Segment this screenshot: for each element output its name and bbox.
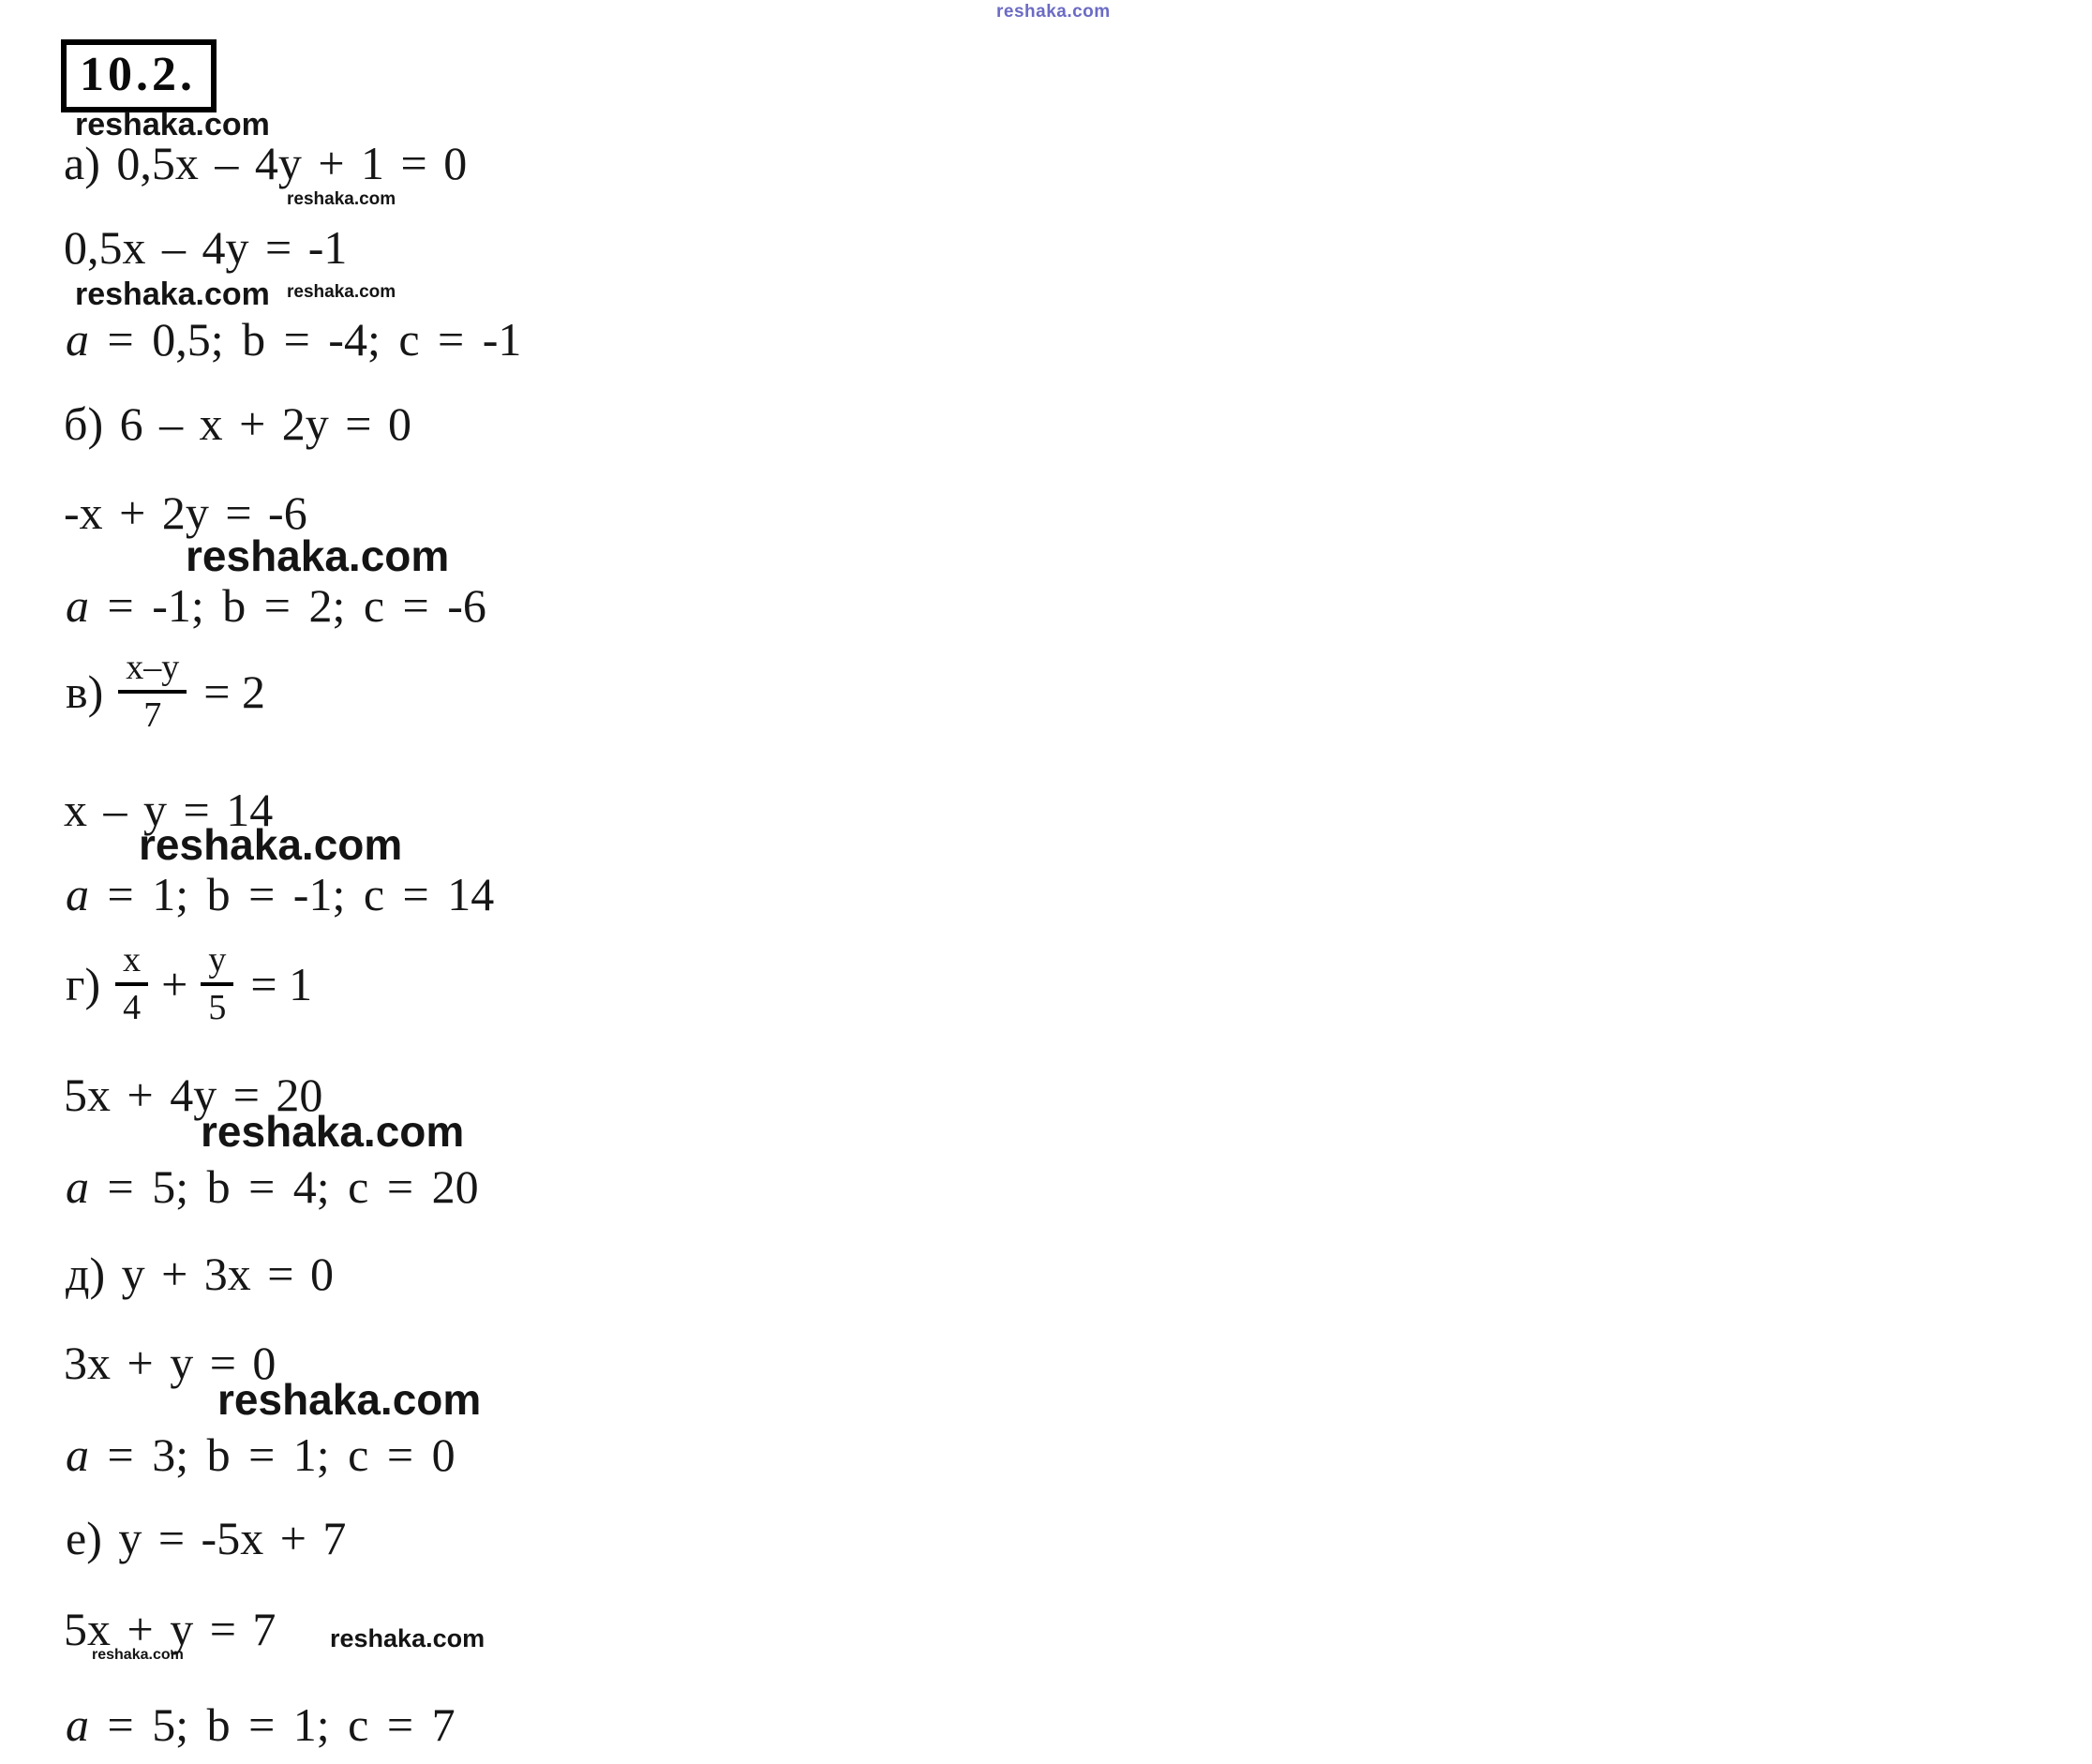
- coefficient-a-letter: a: [66, 313, 89, 366]
- coefficients-b: a = -1; b = 2; c = -6: [66, 579, 486, 634]
- coefficient-a-letter: a: [66, 1698, 89, 1751]
- coefficient-values: = 3; b = 1; c = 0: [89, 1428, 456, 1481]
- plus-operator: +: [161, 957, 187, 1011]
- fraction-numerator: y: [201, 941, 233, 986]
- equation-rhs: = 1: [250, 957, 312, 1011]
- watermark: reshaka.com: [287, 283, 396, 301]
- equation-b-original: б) 6 – x + 2y = 0: [64, 397, 411, 452]
- equation-d-original: д) y + 3x = 0: [66, 1248, 334, 1302]
- coefficients-d: a = 3; b = 1; c = 0: [66, 1428, 456, 1483]
- fraction: y 5: [201, 941, 233, 1027]
- coefficient-a-letter: a: [66, 579, 89, 632]
- fraction-denominator: 4: [123, 986, 141, 1027]
- equation-rhs: = 2: [203, 665, 265, 719]
- coefficient-values: = -1; b = 2; c = -6: [89, 579, 486, 632]
- watermark: reshaka.com: [75, 109, 270, 141]
- equation-v-original: в) x–y 7 = 2: [66, 649, 265, 735]
- watermark: reshaka.com: [186, 534, 449, 577]
- watermark: reshaka.com: [287, 190, 396, 208]
- coefficient-a-letter: a: [66, 868, 89, 920]
- document-page: reshaka.com 10.2. reshaka.com а) 0,5x – …: [0, 0, 2092, 1764]
- fraction-denominator: 5: [208, 986, 226, 1027]
- fraction: x–y 7: [118, 649, 187, 735]
- watermark: reshaka.com: [330, 1626, 485, 1652]
- watermark: reshaka.com: [92, 1648, 184, 1663]
- coefficients-g: a = 5; b = 4; c = 20: [66, 1160, 479, 1215]
- coefficients-a: a = 0,5; b = -4; c = -1: [66, 313, 521, 367]
- coefficient-a-letter: a: [66, 1428, 89, 1481]
- coefficients-v: a = 1; b = -1; c = 14: [66, 868, 494, 922]
- part-label: г): [66, 957, 100, 1011]
- equation-e-original: е) y = -5x + 7: [66, 1512, 346, 1566]
- fraction-denominator: 7: [143, 694, 161, 735]
- coefficient-values: = 5; b = 4; c = 20: [89, 1160, 479, 1213]
- watermark: reshaka.com: [75, 278, 270, 310]
- watermark: reshaka.com: [217, 1378, 481, 1421]
- coefficient-values: = 0,5; b = -4; c = -1: [89, 313, 521, 366]
- equation-a-standard: 0,5x – 4y = -1: [64, 221, 347, 276]
- part-label: в): [66, 665, 103, 719]
- coefficient-values: = 5; b = 1; c = 7: [89, 1698, 456, 1751]
- coefficient-values: = 1; b = -1; c = 14: [89, 868, 494, 920]
- equation-g-original: г) x 4 + y 5 = 1: [66, 941, 312, 1027]
- coefficient-a-letter: a: [66, 1160, 89, 1213]
- fraction-numerator: x–y: [118, 649, 187, 694]
- fraction: x 4: [115, 941, 148, 1027]
- coefficients-e: a = 5; b = 1; c = 7: [66, 1698, 456, 1753]
- problem-number-badge: 10.2.: [61, 39, 217, 112]
- watermark: reshaka.com: [139, 823, 402, 866]
- equation-a-original: а) 0,5x – 4y + 1 = 0: [64, 137, 467, 191]
- watermark: reshaka.com: [201, 1110, 464, 1153]
- fraction-numerator: x: [115, 941, 148, 986]
- watermark-site-blue: reshaka.com: [996, 3, 1111, 21]
